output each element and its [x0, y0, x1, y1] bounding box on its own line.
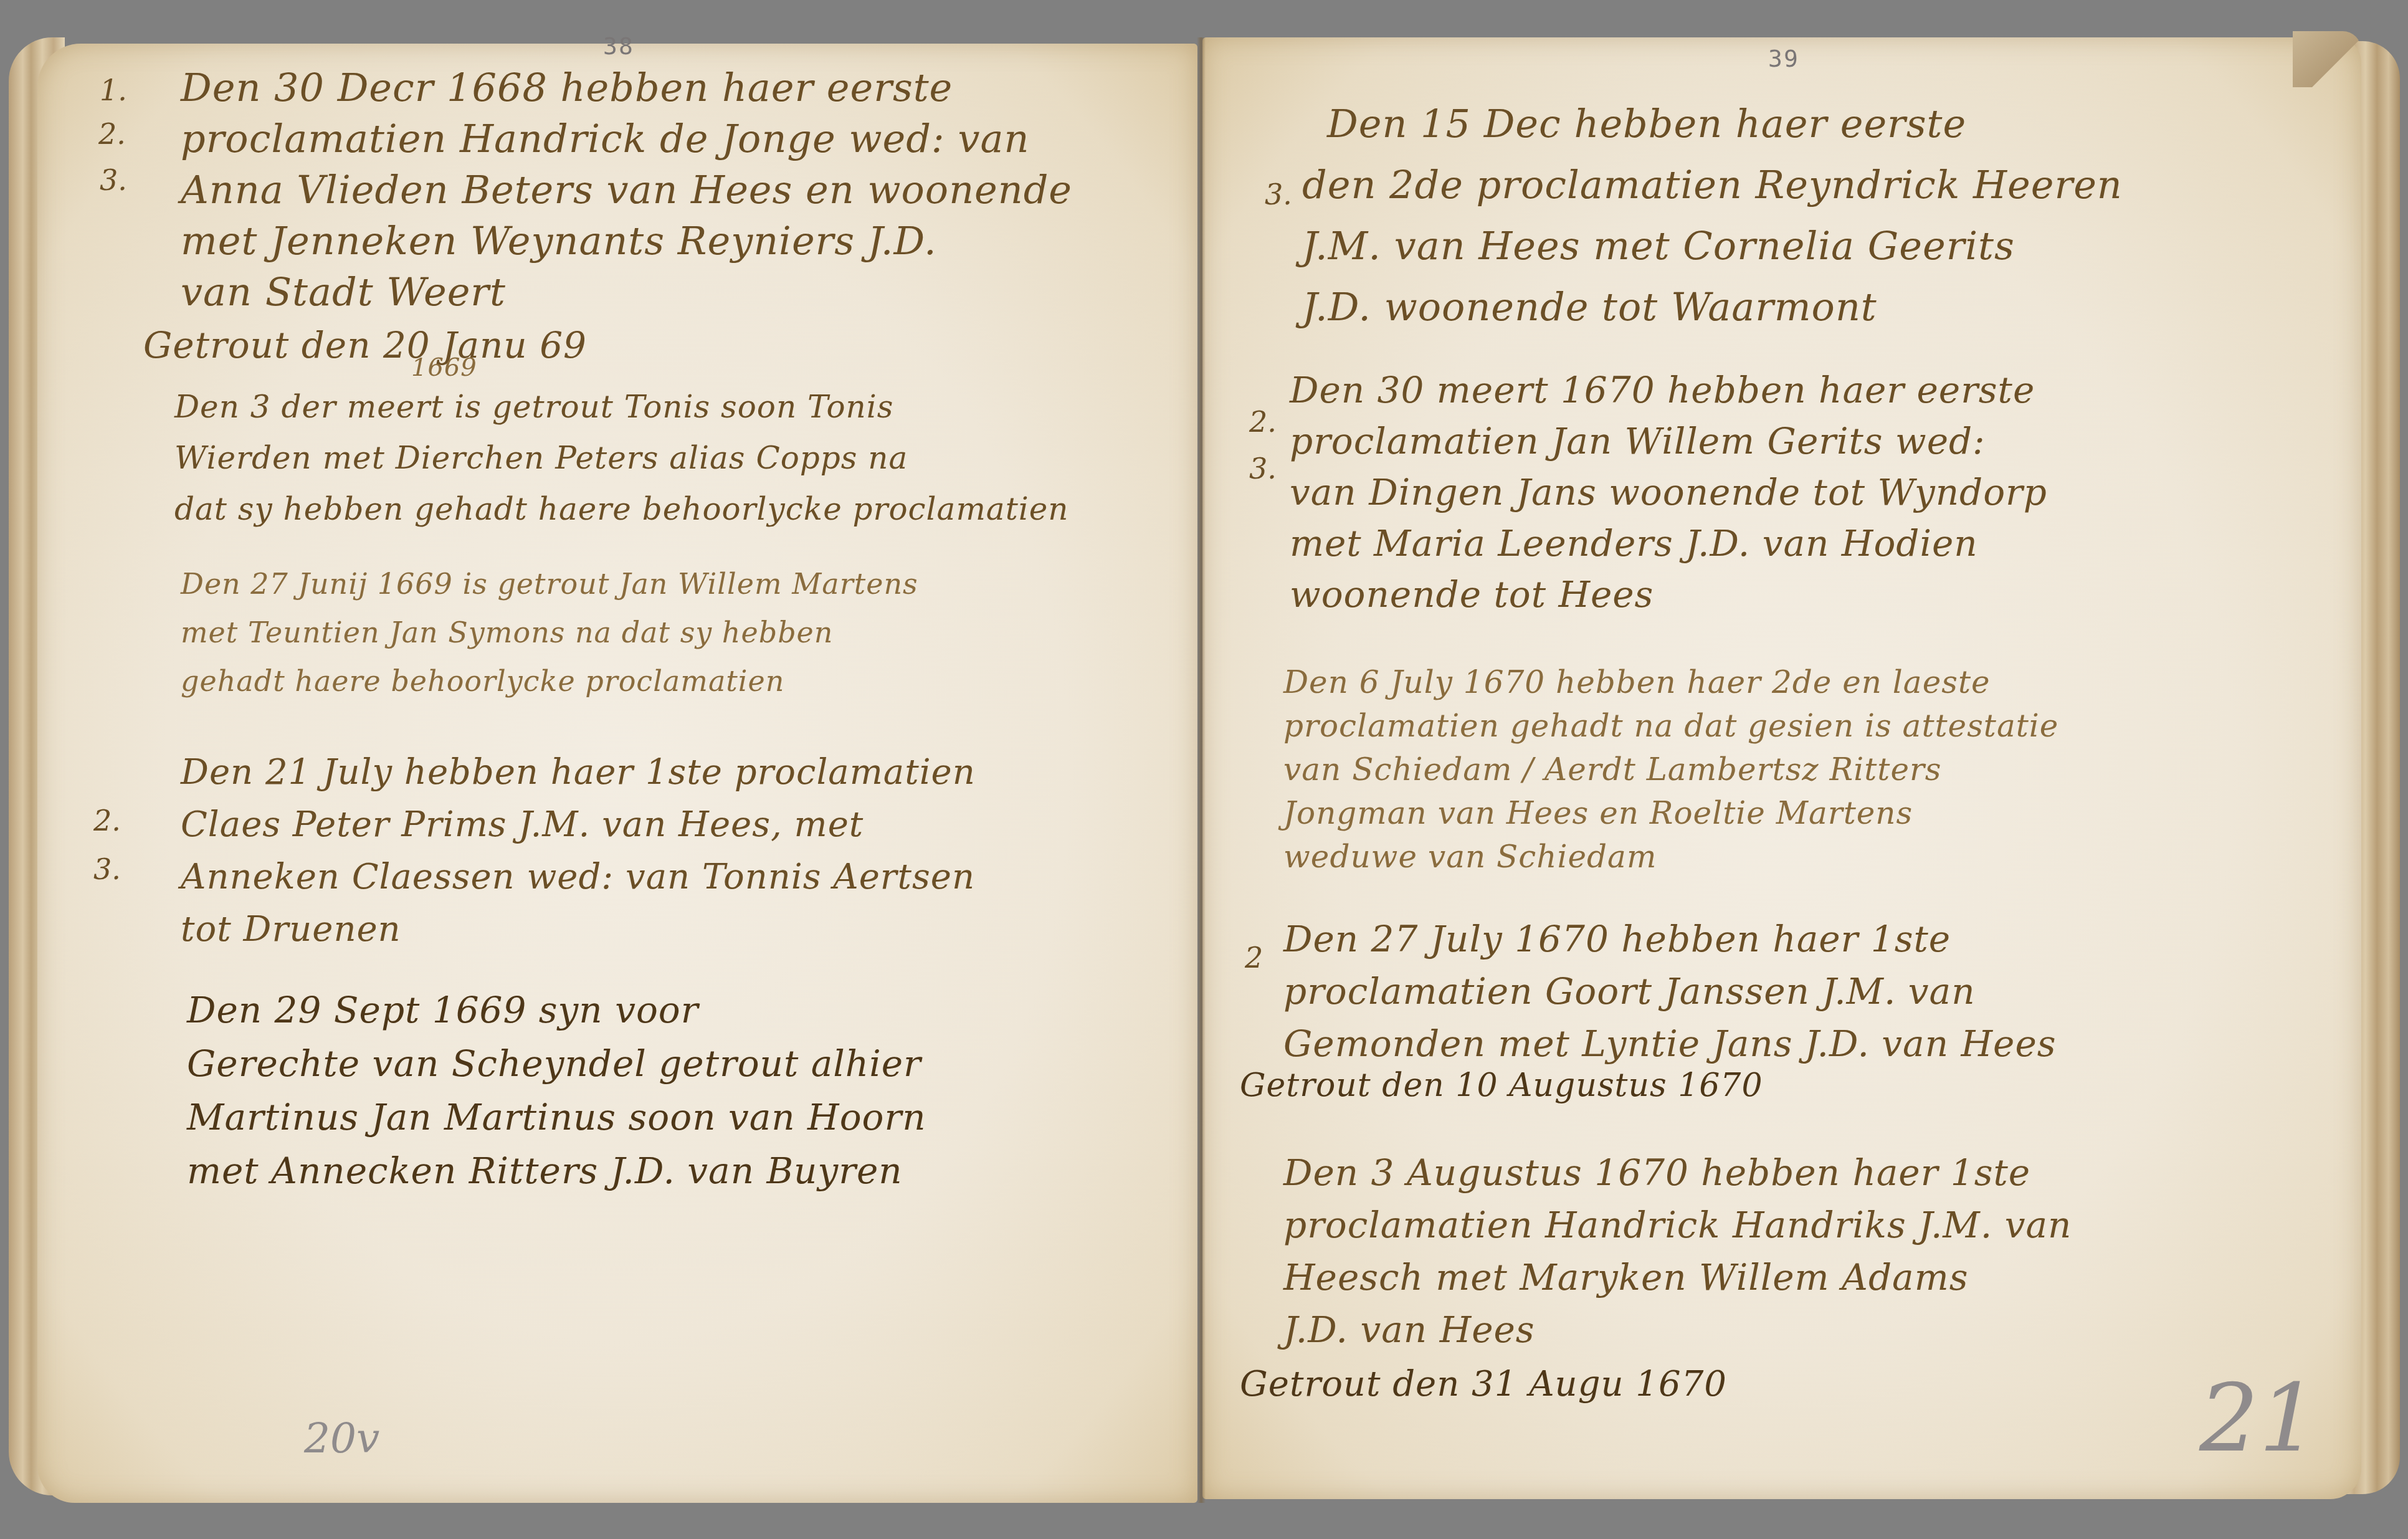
entry-line: Den 27 July 1670 hebben haer 1ste [1283, 913, 2056, 965]
register-entry: Den 29 Sept 1669 syn voor Gerechte van S… [187, 983, 926, 1198]
margin-number: 2 [1245, 941, 1263, 974]
entry-line: met Annecken Ritters J.D. van Buyren [187, 1144, 926, 1198]
entry-line: Claes Peter Prims J.M. van Hees, met [181, 799, 976, 851]
register-entry: Den 3 Augustus 1670 hebben haer 1ste pro… [1283, 1146, 2072, 1356]
entry-line: van Stadt Weert [181, 267, 1072, 318]
entry-line: Den 30 Decr 1668 hebben haer eerste [181, 62, 1072, 113]
book-gutter [1197, 37, 1206, 1503]
entry-line: Jongman van Hees en Roeltie Martens [1283, 791, 2058, 835]
entry-line: met Jenneken Weynants Reyniers J.D. [181, 216, 1072, 267]
year-superscript: 1669 [411, 355, 477, 380]
entry-line: proclamatien Handrick Handriks J.M. van [1283, 1199, 2072, 1251]
entry-line: tot Druenen [181, 903, 976, 956]
entry-line: weduwe van Schiedam [1283, 835, 2058, 879]
entry-line: van Dingen Jans woonende tot Wyndorp [1290, 467, 2047, 518]
entry-line: met Teuntien Jan Symons na dat sy hebben [181, 608, 918, 657]
margin-number: 2. [1249, 405, 1277, 439]
entry-line: woonende tot Hees [1290, 569, 2047, 620]
entry-line: Den 21 July hebben haer 1ste proclamatie… [181, 746, 976, 799]
entry-line: met Maria Leenders J.D. van Hodien [1290, 518, 2047, 569]
right-pencil-foliation: 21 [2199, 1365, 2318, 1473]
entry-line: Gerechte van Scheyndel getrout alhier [187, 1037, 926, 1090]
entry-line: J.D. van Hees [1283, 1303, 2072, 1356]
entry-line: Anna Vlieden Beters van Hees en woonende [181, 164, 1072, 216]
entry-line: proclamatien Handrick de Jonge wed: van [181, 113, 1072, 164]
entry-line: dat sy hebben gehadt haere behoorlycke p… [174, 484, 1069, 535]
margin-number: 2. [98, 117, 126, 151]
entry-line: Heesch met Maryken Willem Adams [1283, 1251, 2072, 1303]
entry-line: Den 29 Sept 1669 syn voor [187, 983, 926, 1037]
entry-line: proclamatien Goort Janssen J.M. van [1283, 965, 2056, 1017]
register-entry: Den 27 Junij 1669 is getrout Jan Willem … [181, 560, 918, 705]
margin-number: 3. [93, 852, 121, 886]
margin-number: 3. [100, 163, 127, 197]
register-entry: Den 6 July 1670 hebben haer 2de en laest… [1283, 660, 2058, 879]
entry-line: Den 15 Dec hebben haer eerste [1302, 93, 2123, 155]
entry-line: proclamatien Jan Willem Gerits wed: [1290, 416, 2047, 467]
margin-number: 3. [1265, 178, 1292, 211]
register-entry: Den 3 der meert is getrout Tonis soon To… [174, 381, 1069, 535]
entry-line: Den 27 Junij 1669 is getrout Jan Willem … [181, 560, 918, 608]
entry-line: Anneken Claessen wed: van Tonnis Aertsen [181, 851, 976, 903]
left-pencil-foliation: 20v [304, 1414, 379, 1462]
margin-number: 2. [93, 804, 121, 837]
margin-number: 3. [1249, 452, 1277, 485]
marriage-note: Getrout den 20 Janu 69 [143, 319, 587, 371]
marriage-note: Getrout den 31 Augu 1670 [1240, 1358, 1727, 1411]
entry-line: Martinus Jan Martinus soon van Hoorn [187, 1090, 926, 1144]
register-entry: Den 30 meert 1670 hebben haer eerste pro… [1290, 364, 2047, 620]
entry-line: van Schiedam / Aerdt Lambertsz Ritters [1283, 748, 2058, 791]
register-entry: Den 15 Dec hebben haer eerste den 2de pr… [1302, 93, 2123, 338]
register-entry: Den 30 Decr 1668 hebben haer eerste proc… [181, 62, 1072, 318]
entry-line: J.D. woonende tot Waarmont [1302, 277, 2123, 338]
entry-line: proclamatien gehadt na dat gesien is att… [1283, 704, 2058, 748]
entry-line: J.M. van Hees met Cornelia Geerits [1302, 216, 2123, 277]
right-page-number: 39 [1768, 45, 1799, 72]
margin-number: 1. [100, 74, 127, 107]
marriage-note: Getrout den 10 Augustus 1670 [1240, 1059, 1763, 1112]
entry-line: Den 3 der meert is getrout Tonis soon To… [174, 381, 1069, 432]
register-entry: Den 27 July 1670 hebben haer 1ste procla… [1283, 913, 2056, 1070]
entry-line: Den 30 meert 1670 hebben haer eerste [1290, 364, 2047, 416]
entry-line: Den 3 Augustus 1670 hebben haer 1ste [1283, 1146, 2072, 1199]
register-entry: Den 21 July hebben haer 1ste proclamatie… [181, 746, 976, 956]
entry-line: den 2de proclamatien Reyndrick Heeren [1302, 155, 2123, 216]
dog-eared-corner [2293, 31, 2361, 87]
left-page-number: 38 [603, 32, 634, 60]
entry-line: Wierden met Dierchen Peters alias Copps … [174, 432, 1069, 484]
entry-line: Den 6 July 1670 hebben haer 2de en laest… [1283, 660, 2058, 704]
entry-line: gehadt haere behoorlycke proclamatien [181, 657, 918, 705]
